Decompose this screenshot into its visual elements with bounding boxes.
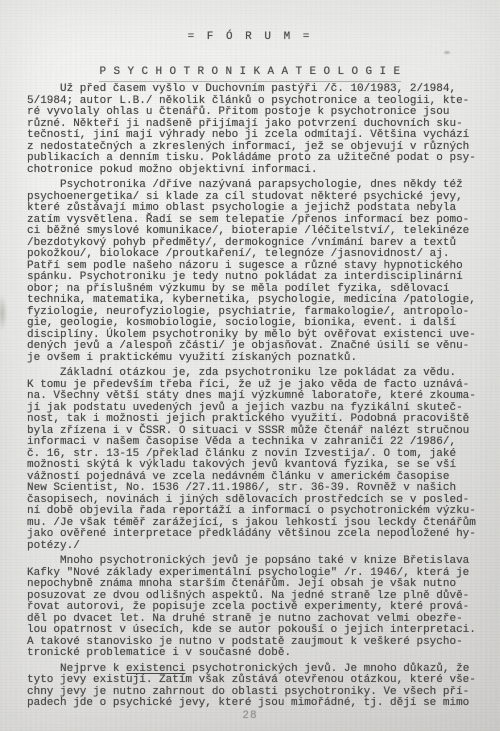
page-number: 28 — [0, 710, 500, 722]
text-line: spánku. Psychotroniku je tedy nutno pokl… — [27, 272, 493, 284]
text-line: informaci v našem časopise Věda a techni… — [27, 437, 493, 449]
text-line: nost, tak i možnosti jejich praktického … — [27, 414, 493, 426]
text-line: tyto jevy existují. Zatím však zůstává o… — [27, 675, 493, 687]
text-line: pokožkou/, biolokace /proutkaření/, tele… — [27, 249, 493, 261]
text-line: dených jevů a /alespoň zčásti/ je objasň… — [27, 341, 493, 353]
text-line: gie, geologie, kosmobiologie, sociologie… — [27, 318, 493, 330]
article-heading: P S Y C H O T R O N I K A A T E O L O G … — [0, 66, 500, 82]
article-body: Už před časem vyšlo v Duchovním pastýři … — [27, 84, 493, 714]
scan-smudge — [0, 296, 7, 330]
text-line: ré vyvolaly ohlas u čtenářů. Přitom post… — [27, 107, 493, 119]
paragraph: Už před časem vyšlo v Duchovním pastýři … — [27, 84, 493, 176]
forum-title: = F Ó R U M = — [0, 31, 500, 43]
paragraph: Mnoho psychotronických jevů je popsáno t… — [27, 556, 493, 660]
paragraph: Psychotronika /dříve nazývaná parapsycho… — [27, 180, 493, 364]
text-line: Základní otázkou je, zda psychotroniku l… — [27, 368, 493, 380]
text-line: padech jde o psychické jevy, které jsou … — [27, 698, 493, 710]
text-line: Už před časem vyšlo v Duchovním pastýři … — [27, 84, 493, 96]
text-line: možnosti skýtá k výkladu takových jevů k… — [27, 460, 493, 472]
text-line: které zůstávají mimo oblast psychologie … — [27, 203, 493, 215]
text-line: ci běžné smyslové komunikace/, bioterapi… — [27, 226, 493, 238]
text-line: tronické problematice i v současné době. — [27, 648, 493, 660]
text-line: lou opatrnost v úsecích, kde se autor po… — [27, 625, 493, 637]
text-line: publikacích a denním tisku. Pokládáme pr… — [27, 153, 493, 165]
paragraph: Nejprve k existenci psychotronických jev… — [27, 664, 493, 710]
text-line: řovat autorovi, že popisuje zcela poctiv… — [27, 602, 493, 614]
text-line: technika, matematika, kybernetika, psych… — [27, 295, 493, 307]
paragraph: Základní otázkou je, zda psychotroniku l… — [27, 368, 493, 552]
text-segment: Nejprve k — [27, 663, 126, 675]
text-line: ní době objevila řada reportáží a inform… — [27, 506, 493, 518]
text-segment: psychotronických jevů. Je mnoho důkazů, … — [185, 663, 469, 675]
article-heading-text: P S Y C H O T R O N I K A A T E O L O G … — [99, 66, 400, 82]
text-line: je ovšem i praktickému využití získaných… — [27, 353, 493, 365]
underlined-text: existenci — [126, 663, 185, 675]
text-line: chotronice pokud možno objektivní inform… — [27, 165, 493, 177]
text-line: na. Všechny větší státy dnes mají výzkum… — [27, 391, 493, 403]
text-line: Psychotronika /dříve nazývaná parapsycho… — [27, 180, 493, 192]
text-line: potézy./ — [27, 541, 493, 553]
text-line: tečností, jiní mají výhrady nebo ji zcel… — [27, 130, 493, 142]
text-line: jako ověřené interpretace předkládány vě… — [27, 529, 493, 541]
document-page: = F Ó R U M = P S Y C H O T R O N I K A … — [0, 0, 500, 731]
text-line: nepochybně známa mnoha starším čtenářům.… — [27, 579, 493, 591]
text-line: New Scientist, No. 1536 /27.11.1986/, st… — [27, 483, 493, 495]
text-line: Mnoho psychotronických jevů je popsáno t… — [27, 556, 493, 568]
scan-speck — [444, 51, 450, 54]
